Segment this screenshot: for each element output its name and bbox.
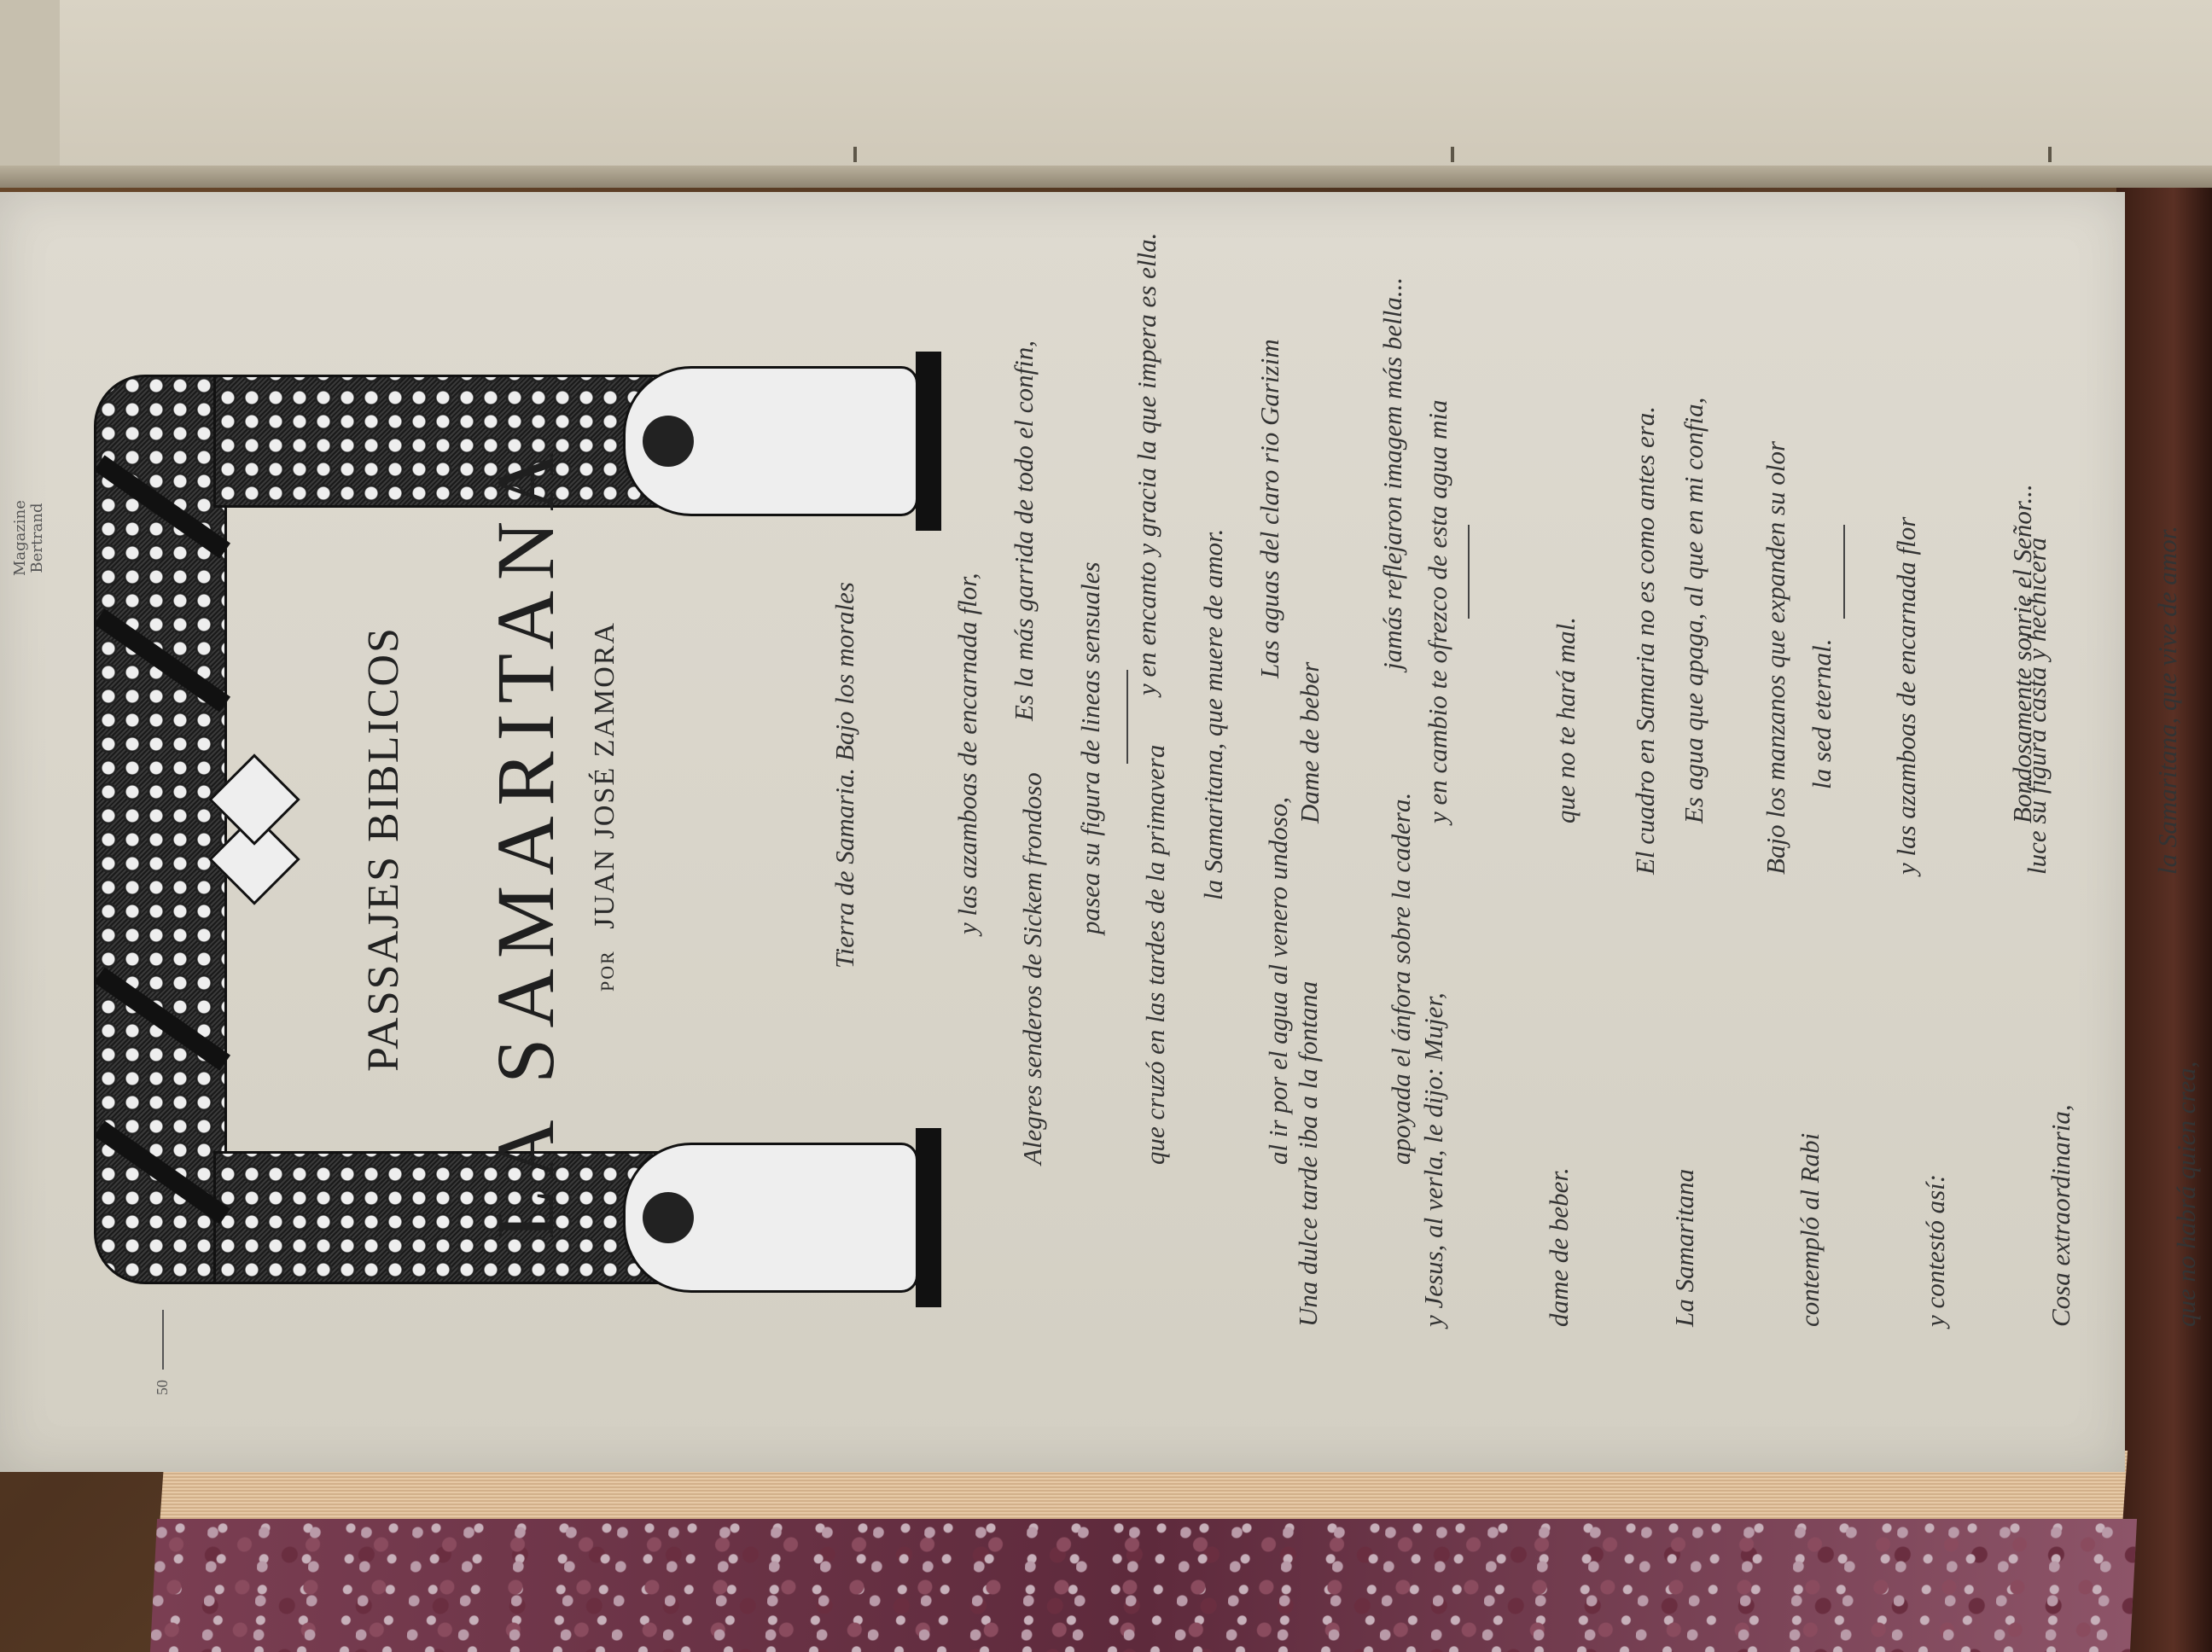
binding-stitch	[853, 147, 857, 162]
page-number: 50	[154, 1380, 172, 1395]
marbled-book-cover	[150, 1519, 2137, 1652]
stanza-7: Bondosamente sonrie el Señor...	[1920, 484, 2125, 823]
binding-stitch	[2048, 147, 2052, 162]
rotated-page-content: Magazine Bertrand 50	[0, 192, 2125, 1472]
poem-line: Bajo los manzanos que expanden su olor	[1754, 406, 1797, 875]
poem-line: Tierra de Samaria. Bajo los morales	[824, 529, 865, 969]
byline-prefix: POR	[597, 950, 618, 992]
poem-line: Bondosamente sonrie el Señor...	[2002, 484, 2043, 823]
section-divider	[1126, 670, 1128, 764]
figure-illustration-right	[623, 366, 918, 516]
poem-line: La Samaritana	[1663, 881, 1705, 1327]
poem-line: dame de beber.	[1538, 881, 1580, 1327]
byline: POR JUAN JOSÉ ZAMORA	[589, 422, 621, 1190]
poem-line: y Jesus, al verla, le dijo: Mujer,	[1412, 881, 1454, 1327]
poem-line: que no habrá quien crea,	[2165, 881, 2207, 1327]
poem-line: Es la más garrida de todo el confin,	[1004, 233, 1045, 721]
section-divider	[1468, 525, 1470, 619]
hearts-arrow-emblem	[196, 764, 307, 900]
heart-icon	[208, 753, 300, 845]
poem-line: Una dulce tarde iba a la fontana	[1287, 881, 1329, 1327]
book-gutter	[0, 166, 2212, 188]
publication-name-line2: Bertrand	[29, 500, 46, 576]
figure-head	[643, 416, 694, 467]
poem-line: la Samaritana, que vive de amor.	[2145, 406, 2189, 875]
poem-line: Dame de beber	[1289, 398, 1331, 858]
poem-line: y en cambio te ofrezco de esta agua mia	[1417, 398, 1459, 858]
poem-line: Alegres senderos de Sickem frondoso	[1012, 745, 1053, 1165]
author-name: JUAN JOSÉ ZAMORA	[589, 621, 620, 929]
page-number-rule	[162, 1310, 164, 1370]
figure-illustration-left	[623, 1143, 918, 1293]
poem-line: contempló al Rabi	[1789, 881, 1831, 1327]
section-divider	[1843, 525, 1845, 619]
binding-stitch	[1451, 147, 1454, 162]
stanza-4: Una dulce tarde iba a la fontana y Jesus…	[1203, 881, 2212, 1327]
poem-line: y contestó así:	[1914, 881, 1956, 1327]
poem-line: Cosa extraordinaria,	[2040, 881, 2081, 1327]
figure-head	[643, 1192, 694, 1243]
publication-header: Magazine Bertrand	[12, 500, 46, 576]
magazine-page: Magazine Bertrand 50	[0, 192, 2125, 1472]
article-title: LA SAMARITANA	[478, 388, 573, 1293]
publication-name-line1: Magazine	[12, 500, 29, 576]
poem-line: y en encanto y gracia la que impera es e…	[1126, 233, 1167, 721]
facing-page	[0, 0, 2212, 188]
poem-line: que cruzó en las tardes de la primavera	[1135, 745, 1176, 1165]
poem-line: El cuadro en Samaria no es como antes er…	[1623, 406, 1667, 875]
article-kicker: PASSAJES BIBLICOS	[358, 465, 409, 1233]
facing-page-edge	[0, 0, 60, 188]
